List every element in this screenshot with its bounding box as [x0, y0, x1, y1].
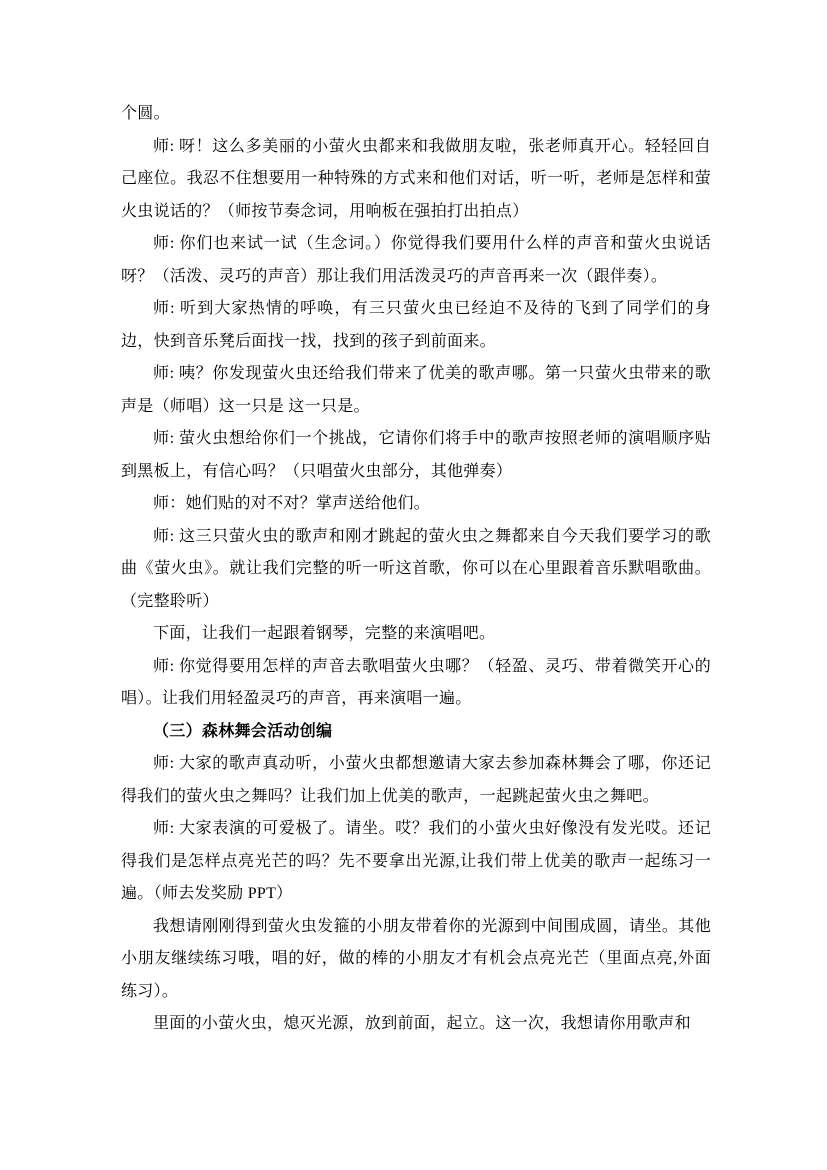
paragraph: 我想请刚刚得到萤火虫发箍的小朋友带着你的光源到中间围成圆，请坐。其他小朋友继续练…	[121, 911, 711, 1009]
document-body: 个圆。师: 呀！这么多美丽的小萤火虫都来和我做朋友啦，张老师真开心。轻轻回自己座…	[121, 98, 711, 1041]
paragraph: 师: 这三只萤火虫的歌声和刚才跳起的萤火虫之舞都来自今天我们要学习的歌曲《萤火虫…	[121, 521, 711, 619]
paragraph: 师：她们贴的对不对？掌声送给他们。	[121, 488, 711, 521]
paragraph: 个圆。	[121, 98, 711, 131]
paragraph: 师: 呀！这么多美丽的小萤火虫都来和我做朋友啦，张老师真开心。轻轻回自己座位。我…	[121, 131, 711, 229]
paragraph: 里面的小萤火虫，熄灭光源，放到前面，起立。这一次，我想请你用歌声和	[121, 1008, 711, 1041]
paragraph: 下面，让我们一起跟着钢琴，完整的来演唱吧。	[121, 618, 711, 651]
paragraph: 师: 大家表演的可爱极了。请坐。哎？我们的小萤火虫好像没有发光哎。还记得我们是怎…	[121, 813, 711, 911]
section-heading: （三）森林舞会活动创编	[121, 716, 711, 749]
paragraph: 师: 咦？你发现萤火虫还给我们带来了优美的歌声哪。第一只萤火虫带来的歌声是（师唱…	[121, 358, 711, 423]
paragraph: 师: 大家的歌声真动听，小萤火虫都想邀请大家去参加森林舞会了哪，你还记得我们的萤…	[121, 748, 711, 813]
paragraph: 师: 你觉得要用怎样的声音去歌唱萤火虫哪？（轻盈、灵巧、带着微笑开心的唱）。让我…	[121, 651, 711, 716]
document-page: 个圆。师: 呀！这么多美丽的小萤火虫都来和我做朋友啦，张老师真开心。轻轻回自己座…	[0, 0, 827, 1170]
paragraph: 师: 听到大家热情的呼唤，有三只萤火虫已经迫不及待的飞到了同学们的身边，快到音乐…	[121, 293, 711, 358]
paragraph: 师: 萤火虫想给你们一个挑战，它请你们将手中的歌声按照老师的演唱顺序贴到黑板上，…	[121, 423, 711, 488]
paragraph: 师: 你们也来试一试（生念词。）你觉得我们要用什么样的声音和萤火虫说话呀？（活泼…	[121, 228, 711, 293]
